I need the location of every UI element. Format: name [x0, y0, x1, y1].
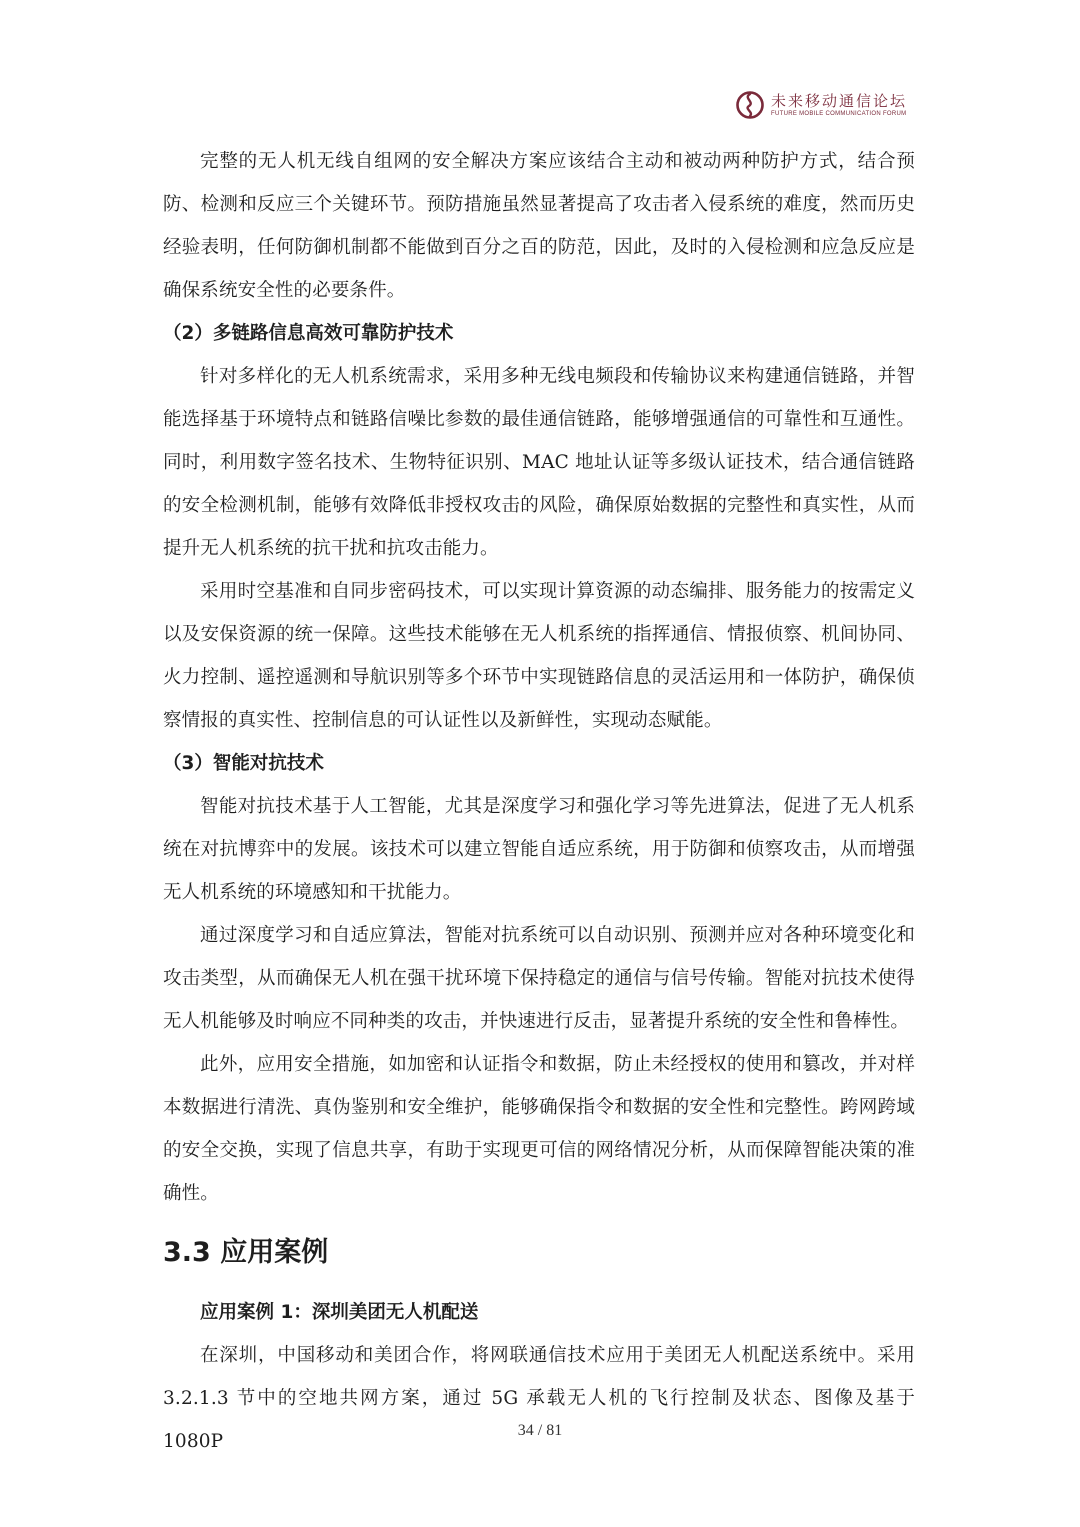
- paragraph-multilink: 针对多样化的无人机系统需求，采用多种无线电频段和传输协议来构建通信链路，并智能选…: [163, 355, 915, 570]
- page-content: 完整的无人机无线自组网的安全解决方案应该结合主动和被动两种防护方式，结合预防、检…: [163, 140, 915, 1463]
- logo-chinese-text: 未来移动通信论坛: [771, 93, 907, 110]
- paragraph-intelligent-ai: 智能对抗技术基于人工智能，尤其是深度学习和强化学习等先进算法，促进了无人机系统在…: [163, 785, 915, 914]
- paragraph-case-1: 在深圳，中国移动和美团合作，将网联通信技术应用于美团无人机配送系统中。采用 3.…: [163, 1334, 915, 1463]
- page-number: 34 / 81: [0, 1422, 1080, 1440]
- section-title-application-cases: 3.3 应用案例: [163, 1233, 915, 1273]
- paragraph-spatiotemporal-crypto: 采用时空基准和自同步密码技术，可以实现计算资源的动态编排、服务能力的按需定义以及…: [163, 570, 915, 742]
- paragraph-adaptive-algorithms: 通过深度学习和自适应算法，智能对抗系统可以自动识别、预测并应对各种环境变化和攻击…: [163, 914, 915, 1043]
- paragraph-security-solution: 完整的无人机无线自组网的安全解决方案应该结合主动和被动两种防护方式，结合预防、检…: [163, 140, 915, 312]
- subheading-intelligent-countermeasure: （3）智能对抗技术: [163, 742, 915, 785]
- header-logo: 未来移动通信论坛 FUTURE MOBILE COMMUNICATION FOR…: [735, 88, 907, 122]
- subheading-multilink-protection: （2）多链路信息高效可靠防护技术: [163, 312, 915, 355]
- paragraph-app-security: 此外，应用安全措施，如加密和认证指令和数据，防止未经授权的使用和篡改，并对样本数…: [163, 1043, 915, 1215]
- logo-english-text: FUTURE MOBILE COMMUNICATION FORUM: [771, 110, 907, 118]
- document-page: 未来移动通信论坛 FUTURE MOBILE COMMUNICATION FOR…: [0, 0, 1080, 1527]
- forum-logo-icon: [735, 90, 765, 120]
- case-title-shenzhen-meituan: 应用案例 1：深圳美团无人机配送: [163, 1291, 915, 1334]
